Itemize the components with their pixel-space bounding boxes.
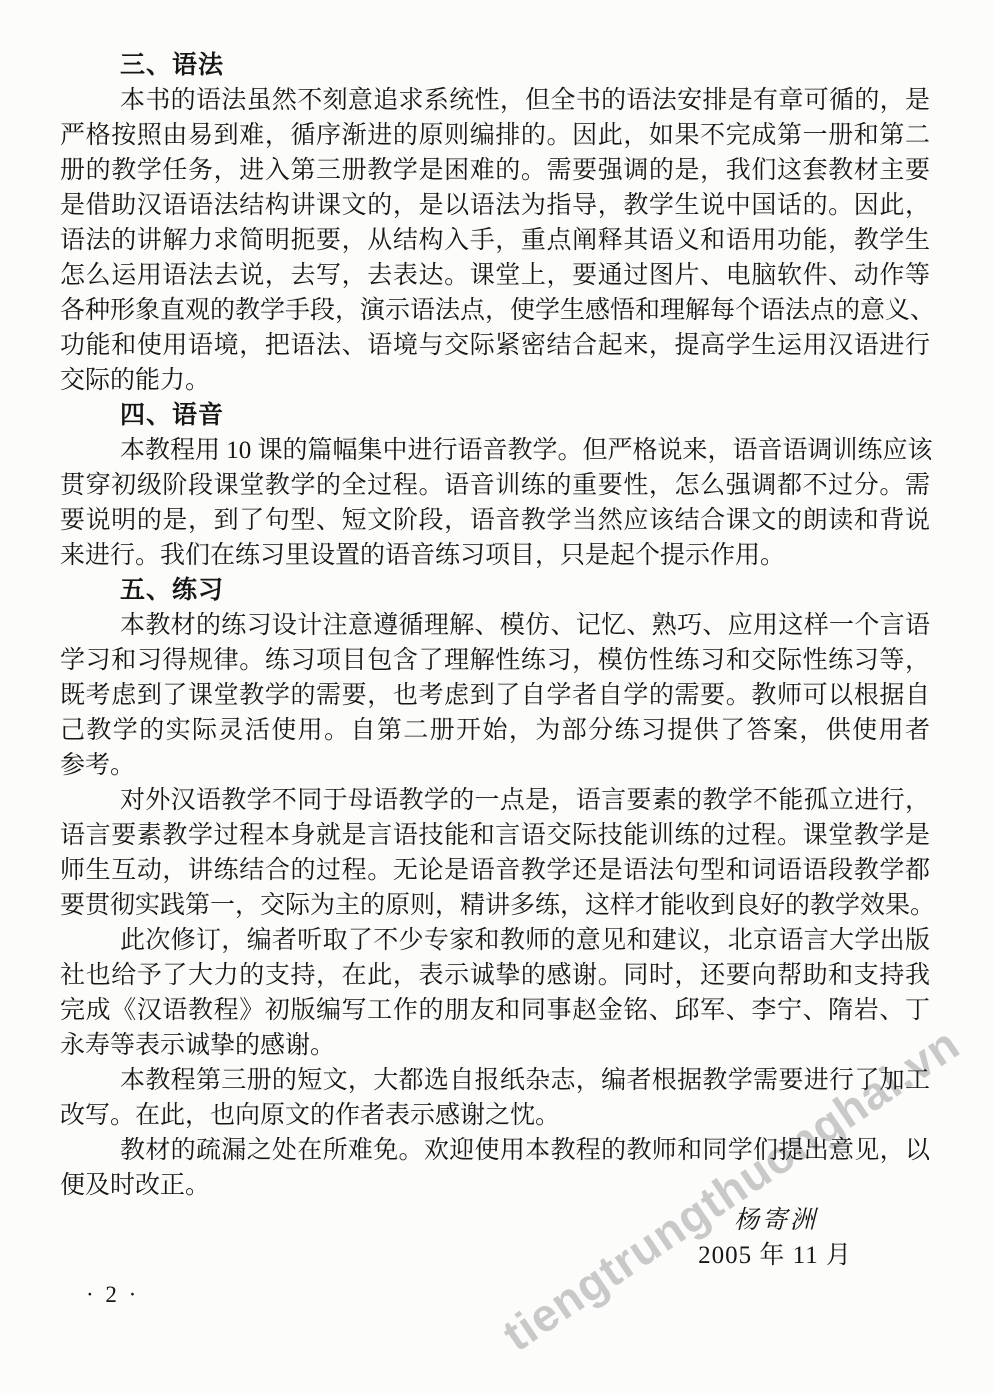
- text-line: 既考虑到了课堂教学的需要，也考虑到了自学者自学的需要。教师可以根据自: [60, 678, 930, 713]
- content-column: 三、语法 本书的语法虽然不刻意追求系统性，但全书的语法安排是有章可循的，是 严格…: [60, 48, 930, 1273]
- scanned-document-page: tiengtrungthuonghai.vn 三、语法 本书的语法虽然不刻意追求…: [0, 0, 993, 1393]
- text-line: 各种形象直观的教学手段，演示语法点，使学生感悟和理解每个语法点的意义、: [60, 293, 930, 328]
- text-line: 教材的疏漏之处在所难免。欢迎使用本教程的教师和同学们提出意见，以: [60, 1133, 930, 1168]
- text-line: 此次修订，编者听取了不少专家和教师的意见和建议，北京语言大学出版: [60, 923, 930, 958]
- text-line: 便及时改正。: [60, 1168, 930, 1203]
- text-line: 怎么运用语法去说，去写，去表达。课堂上，要通过图片、电脑软件、动作等: [60, 258, 930, 293]
- text-line: 交际的能力。: [60, 363, 930, 398]
- text-line: 本教材的练习设计注意遵循理解、模仿、记忆、熟巧、应用这样一个言语: [60, 608, 930, 643]
- text-line: 是借助汉语语法结构讲课文的，是以语法为指导，教学生说中国话的。因此，: [60, 188, 930, 223]
- text-line: 严格按照由易到难，循序渐进的原则编排的。因此，如果不完成第一册和第二: [60, 118, 930, 153]
- text-line: 语言要素教学过程本身就是言语技能和言语交际技能训练的过程。课堂教学是: [60, 818, 930, 853]
- text-line: 社也给予了大力的支持，在此，表示诚挚的感谢。同时，还要向帮助和支持我: [60, 958, 930, 993]
- text-line: 学习和习得规律。练习项目包含了理解性练习，模仿性练习和交际性练习等，: [60, 643, 930, 678]
- text-line: 本教程用 10 课的篇幅集中进行语音教学。但严格说来，语音语调训练应该: [60, 433, 930, 468]
- text-line: 对外汉语教学不同于母语教学的一点是，语言要素的教学不能孤立进行，: [60, 783, 930, 818]
- text-line: 永寿等表示诚挚的感谢。: [60, 1028, 930, 1063]
- author-signature: 杨寄洲: [60, 1203, 930, 1238]
- text-line: 贯穿初级阶段课堂教学的全过程。语音训练的重要性，怎么强调都不过分。需: [60, 468, 930, 503]
- section-heading-phonetics: 四、语音: [60, 398, 930, 433]
- text-line: 师生互动，讲练结合的过程。无论是语音教学还是语法句型和词语语段教学都: [60, 853, 930, 888]
- text-line: 完成《汉语教程》初版编写工作的朋友和同事赵金铭、邱军、李宁、隋岩、丁: [60, 993, 930, 1028]
- text-line: 要贯彻实践第一，交际为主的原则，精讲多练，这样才能收到良好的教学效果。: [60, 888, 930, 923]
- section-heading-grammar: 三、语法: [60, 48, 930, 83]
- page-number: · 2 ·: [86, 1280, 139, 1310]
- text-line: 参考。: [60, 748, 930, 783]
- text-line: 语法的讲解力求简明扼要，从结构入手，重点阐释其语义和语用功能，教学生: [60, 223, 930, 258]
- text-line: 功能和使用语境，把语法、语境与交际紧密结合起来，提高学生运用汉语进行: [60, 328, 930, 363]
- text-line: 改写。在此，也向原文的作者表示感谢之忱。: [60, 1098, 930, 1133]
- text-line: 册的教学任务，进入第三册教学是困难的。需要强调的是，我们这套教材主要: [60, 153, 930, 188]
- text-line: 要说明的是，到了句型、短文阶段，语音教学当然应该结合课文的朗读和背说: [60, 503, 930, 538]
- text-line: 本书的语法虽然不刻意追求系统性，但全书的语法安排是有章可循的，是: [60, 83, 930, 118]
- text-line: 己教学的实际灵活使用。自第二册开始，为部分练习提供了答案，供使用者: [60, 713, 930, 748]
- section-heading-exercises: 五、练习: [60, 573, 930, 608]
- text-line: 本教程第三册的短文，大都选自报纸杂志，编者根据教学需要进行了加工: [60, 1063, 930, 1098]
- text-line: 来进行。我们在练习里设置的语音练习项目，只是起个提示作用。: [60, 538, 930, 573]
- publication-date: 2005 年 11 月: [60, 1238, 930, 1273]
